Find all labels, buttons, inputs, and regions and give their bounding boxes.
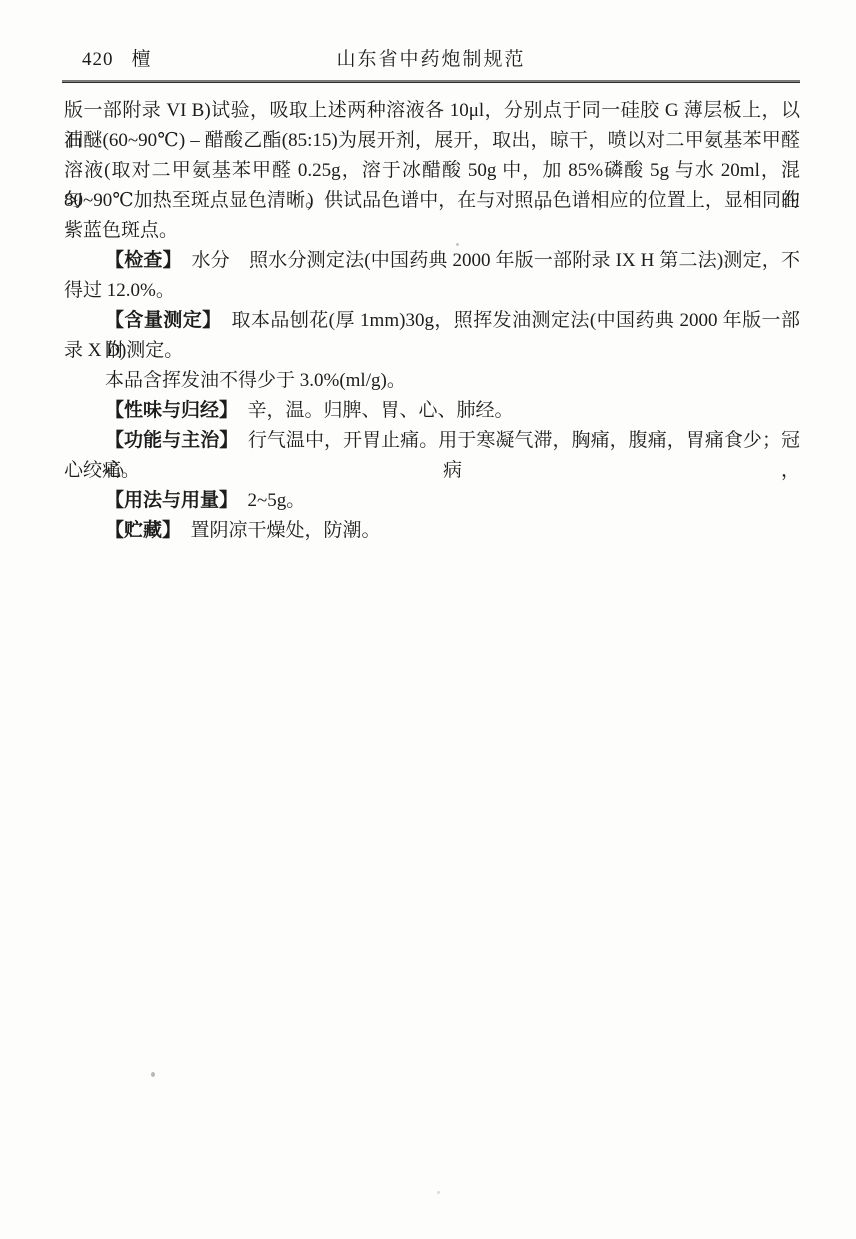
text-line-section-function: 【功能与主治】 行气温中，开胃止痛。用于寒凝气滞，胸痛，腹痛，胃痛食少；冠心病， [64,426,800,456]
line-text: 紫蓝色斑点。 [64,220,178,241]
line-text: 心绞痛。 [64,460,140,481]
section-label: 【用法与用量】 [105,490,229,511]
section-label: 【检查】 [105,250,172,271]
page-header: 420檀 山东省中药炮制规范 [62,48,800,72]
line-text: 油醚(60~90℃) – 醋酸乙酯(85:15)为展开剂，展开，取出，晾干，喷以… [64,130,800,151]
section-label: 【性味与归经】 [105,400,229,421]
scan-speck [456,243,459,246]
text-line: 溶液(取对二甲氨基苯甲醛 0.25g，溶于冰醋酸 50g 中，加 85%磷酸 5… [64,156,800,186]
line-text: 置阴凉干燥处，防潮。 [172,520,381,541]
section-label: 【功能与主治】 [105,430,229,451]
text-line-section-dosage: 【用法与用量】 2~5g。 [64,486,800,516]
header-rule [62,80,800,83]
text-line-section-check: 【检查】 水分 照水分测定法(中国药典 2000 年版一部附录 IX H 第二法… [64,246,800,276]
book-title: 山东省中药炮制规范 [62,48,800,72]
scan-speck [437,1191,440,1194]
line-text: 得过 12.0%。 [64,280,175,301]
text-line: 油醚(60~90℃) – 醋酸乙酯(85:15)为展开剂，展开，取出，晾干，喷以… [64,126,800,156]
line-text: 辛，温。归脾、胃、心、肺经。 [229,400,514,421]
text-line: 版一部附录 VI B)试验，吸取上述两种溶液各 10μl，分别点于同一硅胶 G … [64,96,800,126]
text-line: 录 X D)测定。 [64,336,800,366]
line-text: 录 X D)测定。 [64,340,183,361]
line-text: 80~90℃加热至斑点显色清晰。供试品色谱中，在与对照品色谱相应的位置上，显相同… [64,190,800,211]
text-line-section-property: 【性味与归经】 辛，温。归脾、胃、心、肺经。 [64,396,800,426]
scanned-book-page: 420檀 山东省中药炮制规范 版一部附录 VI B)试验，吸取上述两种溶液各 1… [0,0,856,1239]
line-text: 2~5g。 [229,490,306,511]
section-label: 【贮藏】 [105,520,172,541]
scan-speck [151,1072,155,1077]
text-line: 紫蓝色斑点。 [64,216,800,246]
body-text: 版一部附录 VI B)试验，吸取上述两种溶液各 10μl，分别点于同一硅胶 G … [64,96,800,546]
text-line-section-assay: 【含量测定】 取本品刨花(厚 1mm)30g，照挥发油测定法(中国药典 2000… [64,306,800,336]
line-text: 水分 照水分测定法(中国药典 2000 年版一部附录 IX H 第二法)测定，不 [172,250,800,271]
text-line: 80~90℃加热至斑点显色清晰。供试品色谱中，在与对照品色谱相应的位置上，显相同… [64,186,800,216]
line-text: 本品含挥发油不得少于 3.0%(ml/g)。 [105,370,406,391]
text-line: 本品含挥发油不得少于 3.0%(ml/g)。 [64,366,800,396]
text-line: 得过 12.0%。 [64,276,800,306]
section-label: 【含量测定】 [105,310,212,331]
text-line-section-storage: 【贮藏】 置阴凉干燥处，防潮。 [64,516,800,546]
